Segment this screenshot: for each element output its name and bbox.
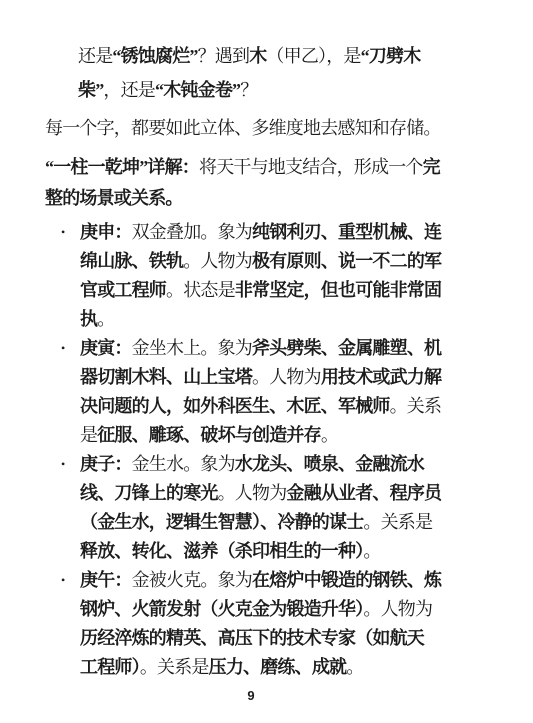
text-segment: 。关系是 <box>140 657 209 677</box>
text-line: 庚子：金生水。象为水龙头、喷泉、金融流水 <box>80 450 441 479</box>
text-segment: 。 <box>346 657 363 677</box>
text-segment: 每一个字，都要如此立体、多维度地去感知和存储。 <box>45 118 441 138</box>
text-segment: 。人物为 <box>218 483 287 503</box>
text-segment: 庚申： <box>80 222 132 242</box>
text-segment: 极有原则、说一不二的军 <box>252 251 441 271</box>
text-segment: 。人物为 <box>183 251 252 271</box>
text-line: 整的场景或关系。 <box>45 183 465 214</box>
quote-paragraph: 还是“锈蚀腐烂”？遇到木（甲乙），是“刀劈木柴”，还是“木钝金卷”？ <box>78 39 465 107</box>
text-segment: 将天干与地支结合，形成一个 <box>199 157 423 177</box>
page-content: 还是“锈蚀腐烂”？遇到木（甲乙），是“刀劈木柴”，还是“木钝金卷”？每一个字，都… <box>45 39 465 682</box>
list-item: •庚申：双金叠加。象为纯钢利刃、重型机械、连绵山脉、铁轨。人物为极有原则、说一不… <box>45 218 465 334</box>
list-item: •庚子：金生水。象为水龙头、喷泉、金融流水线、刀锋上的寒光。人物为金融从业者、程… <box>45 450 465 566</box>
text-segment: 。状态是 <box>166 280 235 300</box>
text-line: 执。 <box>80 305 441 334</box>
text-segment: ？遇到 <box>198 46 250 66</box>
text-segment: 线、刀锋上的寒光 <box>80 483 218 503</box>
text-segment: 金生水。象为 <box>132 454 235 474</box>
text-segment: 金被火克。象为 <box>132 570 252 590</box>
document-page: 还是“锈蚀腐烂”？遇到木（甲乙），是“刀劈木柴”，还是“木钝金卷”？每一个字，都… <box>0 0 533 723</box>
text-segment: 执 <box>80 309 97 329</box>
bullet-marker: • <box>45 450 80 566</box>
text-segment: 柴” <box>78 80 103 100</box>
text-segment: 纯钢利刃、重型机械、连 <box>252 222 441 242</box>
text-line: 庚申：双金叠加。象为纯钢利刃、重型机械、连 <box>80 218 441 247</box>
text-segment: “一柱一乾坤”详解： <box>45 157 199 177</box>
text-segment: 。关系是 <box>363 512 432 532</box>
text-segment: 在熔炉中锻造的钢铁、炼 <box>252 570 441 590</box>
text-segment: 完 <box>423 157 440 177</box>
text-line: 还是“锈蚀腐烂”？遇到木（甲乙），是“刀劈木 <box>78 39 465 73</box>
text-line: 钢炉、火箭发射（火克金为锻造升华）。人物为 <box>80 595 441 624</box>
text-segment: 工程师） <box>80 657 140 677</box>
text-segment: 官或工程师 <box>80 280 166 300</box>
text-segment: 庚寅： <box>80 338 132 358</box>
text-segment: 压力、磨练、成就 <box>209 657 347 677</box>
text-line: 历经淬炼的精英、高压下的技术专家（如航天 <box>80 624 441 653</box>
text-segment: 。人物为 <box>363 599 432 619</box>
text-segment: 绵山脉、铁轨 <box>80 251 183 271</box>
text-segment: “木钝金卷” <box>155 80 240 100</box>
text-segment: ，还是 <box>103 80 155 100</box>
page-footer: 9 <box>45 688 457 703</box>
text-segment: “刀劈木 <box>361 46 421 66</box>
text-segment: 决问题的人，如外科医生、木匠、军械师 <box>80 396 390 416</box>
text-segment: 是 <box>80 425 97 445</box>
text-segment: 金融从业者、程序员 <box>286 483 441 503</box>
text-line: 工程师）。关系是压力、磨练、成就。 <box>80 653 441 682</box>
text-segment: 水龙头、喷泉、金融流水 <box>235 454 424 474</box>
text-segment: 历经淬炼的精英、高压下的技术专家（如航天 <box>80 628 424 648</box>
text-segment: 。关系 <box>390 396 442 416</box>
text-segment: 。 <box>321 425 338 445</box>
text-line: 官或工程师。状态是非常坚定，但也可能非常固 <box>80 276 441 305</box>
bullet-text: 庚午：金被火克。象为在熔炉中锻造的钢铁、炼钢炉、火箭发射（火克金为锻造升华）。人… <box>80 566 441 682</box>
text-line: 释放、转化、滋养（杀印相生的一种）。 <box>80 537 441 566</box>
bullet-text: 庚申：双金叠加。象为纯钢利刃、重型机械、连绵山脉、铁轨。人物为极有原则、说一不二… <box>80 218 441 334</box>
text-line: 决问题的人，如外科医生、木匠、军械师。关系 <box>80 392 441 421</box>
text-segment: 。人物为 <box>252 367 321 387</box>
text-segment: （金生水，逻辑生智慧）、冷静的谋士 <box>80 512 363 532</box>
text-line: 每一个字，都要如此立体、多维度地去感知和存储。 <box>45 113 465 144</box>
text-segment: 庚午： <box>80 570 132 590</box>
text-segment: 庚子： <box>80 454 132 474</box>
section-heading-paragraph: “一柱一乾坤”详解：将天干与地支结合，形成一个完整的场景或关系。 <box>45 152 465 214</box>
text-segment: 钢炉、火箭发射（火克金为锻造升华） <box>80 599 363 619</box>
bullet-marker: • <box>45 334 80 450</box>
bullet-text: 庚子：金生水。象为水龙头、喷泉、金融流水线、刀锋上的寒光。人物为金融从业者、程序… <box>80 450 441 566</box>
text-line: （金生水，逻辑生智慧）、冷静的谋士。关系是 <box>80 508 441 537</box>
text-line: 庚午：金被火克。象为在熔炉中锻造的钢铁、炼 <box>80 566 441 595</box>
text-line: 线、刀锋上的寒光。人物为金融从业者、程序员 <box>80 479 441 508</box>
text-segment: ？ <box>240 80 257 100</box>
text-segment: 用技术或武力解 <box>321 367 441 387</box>
text-line: “一柱一乾坤”详解：将天干与地支结合，形成一个完 <box>45 152 465 183</box>
text-line: 是征服、雕琢、破坏与创造并存。 <box>80 421 441 450</box>
page-number: 9 <box>247 688 254 703</box>
text-line: 柴”，还是“木钝金卷”？ <box>78 73 465 107</box>
text-segment: 非常坚定，但也可能非常固 <box>235 280 441 300</box>
text-line: 器切割木料、山上宝塔。人物为用技术或武力解 <box>80 363 441 392</box>
bullet-text: 庚寅：金坐木上。象为斧头劈柴、金属雕塑、机器切割木料、山上宝塔。人物为用技术或武… <box>80 334 441 450</box>
text-segment: 木 <box>249 46 266 66</box>
list-item: •庚寅：金坐木上。象为斧头劈柴、金属雕塑、机器切割木料、山上宝塔。人物为用技术或… <box>45 334 465 450</box>
text-line: 庚寅：金坐木上。象为斧头劈柴、金属雕塑、机 <box>80 334 441 363</box>
text-segment: 斧头劈柴、金属雕塑、机 <box>252 338 441 358</box>
text-segment: 金坐木上。象为 <box>132 338 252 358</box>
text-segment: 。 <box>97 309 114 329</box>
text-segment: 征服、雕琢、破坏与创造并存 <box>97 425 321 445</box>
bullet-marker: • <box>45 566 80 682</box>
bullet-marker: • <box>45 218 80 334</box>
text-segment: 器切割木料、山上宝塔 <box>80 367 252 387</box>
text-segment: （甲乙），是 <box>266 46 360 66</box>
list-item: •庚午：金被火克。象为在熔炉中锻造的钢铁、炼钢炉、火箭发射（火克金为锻造升华）。… <box>45 566 465 682</box>
text-line: 绵山脉、铁轨。人物为极有原则、说一不二的军 <box>80 247 441 276</box>
body-paragraph: 每一个字，都要如此立体、多维度地去感知和存储。 <box>45 113 465 144</box>
text-segment: 双金叠加。象为 <box>132 222 252 242</box>
text-segment: “锈蚀腐烂” <box>112 46 197 66</box>
text-segment: 还是 <box>78 46 112 66</box>
text-segment: 整的场景或关系。 <box>45 188 183 208</box>
text-segment: 释放、转化、滋养（杀印相生的一种） <box>80 541 363 561</box>
text-segment: 。 <box>363 541 380 561</box>
